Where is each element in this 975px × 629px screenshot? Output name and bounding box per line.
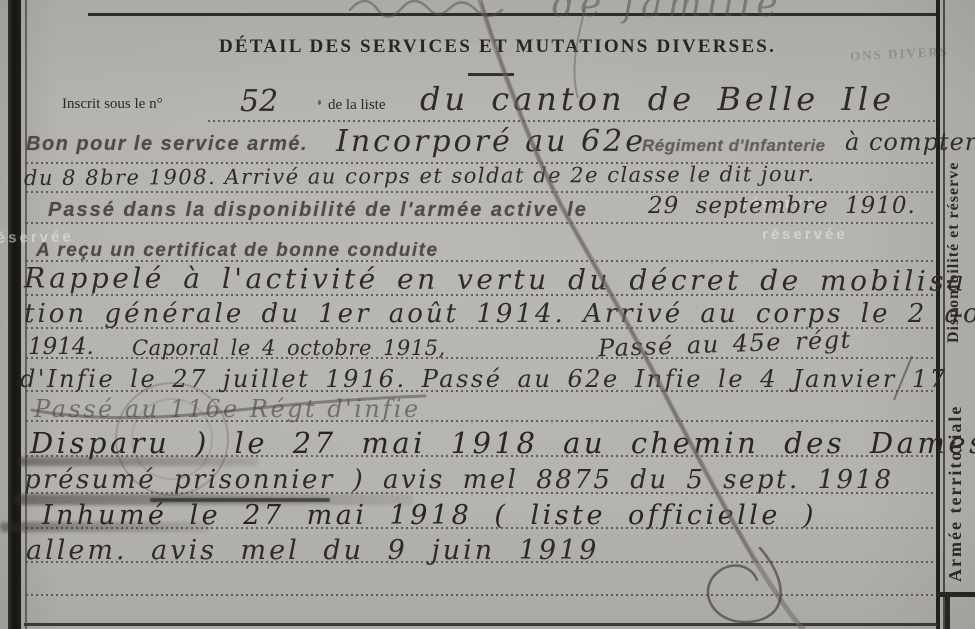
pen-slash-mark: [894, 356, 912, 400]
scanned-record-page: de famille DÉTAIL DES SERVICES ET MUTATI…: [0, 0, 975, 629]
ink-marks-overlay: [0, 0, 975, 629]
strike-through-line: [32, 396, 425, 418]
pencil-diagonal-stroke: [480, 0, 803, 629]
pencil-descender-tail: [574, 8, 585, 98]
pencil-diagonal-stroke-core: [481, 2, 756, 562]
